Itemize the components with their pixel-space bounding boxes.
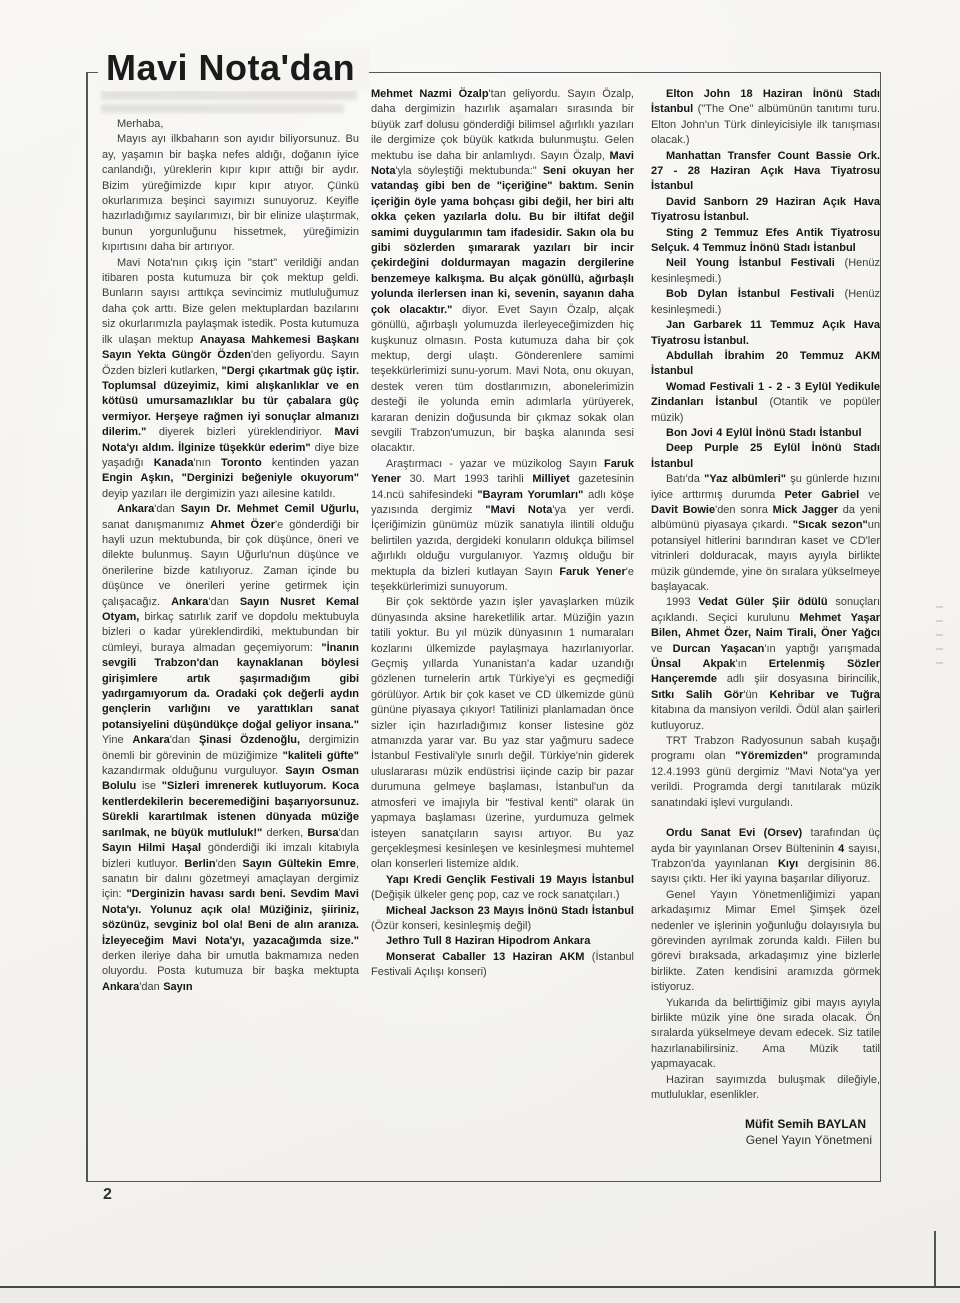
paragraph: Yapı Kredi Gençlik Festivali 19 Mayıs İs… [371,873,634,904]
bold-text: Mehmet Nazmi Özalp [371,88,489,100]
page-number: 2 [103,1186,112,1204]
bold-text: Şinasi Özdenoğlu, [199,734,300,746]
text: Yukarıda da belirttiğimiz gibi mayıs ayı… [651,997,880,1071]
column-3: Elton John 18 Haziran İnönü Stadı İstanb… [651,87,880,1179]
bold-text: Deep Purple 25 Eylül İnönü Stadı İstanbu… [651,442,880,469]
text: derken, [262,827,307,839]
text: Mayıs ayı ilkbaharın son ayıdır biliyors… [102,133,359,253]
bold-text: David Sanborn 29 Haziran Açık Hava Tiyat… [651,196,880,223]
bold-text: Sayın [163,981,192,993]
bold-text: "Yöremizden" [735,750,808,762]
bold-text: Jan Garbarek 11 Temmuz Açık Hava Tiyatro… [651,319,880,346]
scanned-magazine-page: Mavi Nota'dan Merhaba,Mayıs ayı ilkbahar… [0,0,960,1303]
paragraph: Neil Young İstanbul Festivali (Henüz kes… [651,256,880,287]
paragraph: Micheal Jackson 23 Mayıs İnönü Stadı İst… [371,904,634,935]
ghost-print [101,90,357,100]
bold-text: Ankara [117,503,154,515]
paragraph: Yukarıda da belirttiğimiz gibi mayıs ayı… [651,996,880,1073]
bold-text: Bob Dylan İstanbul Festivali [666,288,834,300]
bold-text: Bon Jovi 4 Eylül İnönü Stadı İstanbul [666,427,862,439]
bold-text: Durcan Yaşacan [673,643,765,655]
text: derken ileriye daha bir umutla bakmamıza… [102,950,359,977]
bold-text: Ordu Sanat Evi (Orsev) [666,827,802,839]
bold-text: Seni okuyan her vatandaş gibi ben de "iç… [371,165,634,316]
paragraph: Merhaba, [102,117,359,132]
text: 'dan [139,981,163,993]
text: Bir çok sektörde yazın işler yavaşlarken… [371,596,634,870]
text: 'ün [743,689,769,701]
ghost-print [101,104,344,113]
paragraph: Mehmet Nazmi Özalp'tan geliyordu. Sayın … [371,87,634,457]
paragraph: Mavi Nota'nın çıkış için "start" verildi… [102,256,359,503]
bold-text: "Yaz albümleri" [704,473,786,485]
paragraph: Müfit Semih BAYLAN [651,1117,880,1132]
paragraph: Jan Garbarek 11 Temmuz Açık Hava Tiyatro… [651,318,880,349]
paragraph: Ankara'dan Sayın Dr. Mehmet Cemil Uğurlu… [102,502,359,995]
paragraph: Genel Yayın Yönetmenliğimizi yapan arkad… [651,888,880,996]
paragraph: Elton John 18 Haziran İnönü Stadı İstanb… [651,87,880,149]
paragraph: Haziran sayımızda buluşmak dileğiyle, mu… [651,1073,880,1104]
text: Genel Yayın Yönetmenliğimizi yapan arkad… [651,889,880,993]
bold-text: "Bayram Yorumları" [477,489,583,501]
text: 'den [216,858,243,870]
paragraph: Mayıs ayı ilkbaharın son ayıdır biliyors… [102,132,359,255]
bold-text: Sıtkı Salih Gör [651,689,743,701]
column-1: Merhaba,Mayıs ayı ilkbaharın son ayıdır … [102,117,359,1177]
paragraph: Bir çok sektörde yazın işler yavaşlarken… [371,595,634,872]
column-2: Mehmet Nazmi Özalp'tan geliyordu. Sayın … [371,87,634,1179]
bold-text: Faruk Yener [559,566,625,578]
text: 'ın yaptığı yarışmada [764,643,880,655]
text: Merhaba, [117,118,163,130]
bold-text: Sayın Gültekin Emre [242,858,356,870]
bold-text: Kanada [154,457,194,469]
paragraph: Ordu Sanat Evi (Orsev) tarafından üç ayd… [651,826,880,888]
bold-text: Manhattan Transfer Count Bassie Ork. 27 … [651,150,880,193]
bold-text: Monserat Caballer 13 Haziran AKM [386,951,584,963]
bold-text: Davit Bowie [651,504,715,516]
bold-text: Ankara [102,981,139,993]
text: 'dan [170,734,199,746]
bold-text: "Sıcak sezon" [793,519,868,531]
paragraph: Abdullah İbrahim 20 Temmuz AKM İstanbul [651,349,880,380]
paragraph: Bob Dylan İstanbul Festivali (Henüz kesi… [651,287,880,318]
text: 'dan [154,503,181,515]
text: Araştırmacı - yazar ve müzikolog Sayın [386,458,604,470]
bold-text: Peter Gabriel [784,489,859,501]
paragraph: Genel Yayın Yönetmeni [651,1133,880,1148]
text: Yine [102,734,132,746]
text: Batı'da [666,473,704,485]
bold-text: Mick Jagger [773,504,838,516]
text: diyor. Evet Sayın Özalp, alçak gönüllü, … [371,304,634,455]
text: (Değişik ülkeler genç pop, caz ve rock s… [371,889,620,901]
paragraph: Batı'da "Yaz albümleri" şu günlerde hızı… [651,472,880,595]
bold-text: Sayın Hilmi Haşal [102,842,201,854]
text: sanat danışmanımız [102,519,210,531]
bold-text: Abdullah İbrahim 20 Temmuz AKM İstanbul [651,350,880,377]
text: 'nın [193,457,221,469]
bold-text: Bursa [307,827,338,839]
paragraph: Womad Festivali 1 - 2 - 3 Eylül Yedikule… [651,380,880,426]
text: ve [651,643,673,655]
bold-text: Ankara [132,734,169,746]
text: kentinden yazan [262,457,359,469]
bold-text: Berlin [184,858,215,870]
text: adlı şiir dosyasına birincilik, [717,673,880,685]
bold-text: "İnanın sevgili Trabzon'dan kaynaklanan … [102,642,359,731]
text: Genel Yayın Yönetmeni [746,1133,872,1147]
paragraph: TRT Trabzon Radyosunun sabah kuşağı prog… [651,734,880,811]
bold-text: "Mavi Nota [485,504,552,516]
text: Haziran sayımızda buluşmak dileğiyle, mu… [651,1074,880,1101]
scan-edge-vertical-line [934,1231,936,1287]
text: 'den sonra [715,504,773,516]
bold-text: Milliyet [532,473,569,485]
scan-bottom-strip [0,1288,960,1303]
bold-text: "Derginizin havası sardı beni. Sevdim Ma… [102,888,359,946]
paragraph: Manhattan Transfer Count Bassie Ork. 27 … [651,149,880,195]
paragraph: Deep Purple 25 Eylül İnönü Stadı İstanbu… [651,441,880,472]
bold-text: Sayın Dr. Mehmet Cemil Uğurlu, [181,503,359,515]
bold-text: Jethro Tull 8 Haziran Hipodrom Ankara [386,935,590,947]
text: 30. Mart 1993 tarihli [401,473,532,485]
text: (Özür konseri, kesinleşmiş değil) [371,920,531,932]
text: 'ın [736,658,769,670]
bold-text: Müfit Semih BAYLAN [745,1117,866,1131]
bold-text: Ahmet Özer [210,519,275,531]
bold-text: Micheal Jackson 23 Mayıs İnönü Stadı İst… [386,905,634,917]
text: kazandırmak olduğunu vurguluyor. [102,765,285,777]
text: 'yla söyleştiği mektubunda:" [395,165,542,177]
text: deyip yazıları ile dergimizin yazı ailes… [102,488,336,500]
text: 1993 [666,596,698,608]
bold-text: Vedat Güler Şiir ödülü [698,596,827,608]
bold-text: Neil Young İstanbul Festivali [666,257,835,269]
text: 'dan [339,827,359,839]
text: diyerek bizleri yüreklendiriyor. [146,426,334,438]
text: ve [859,489,880,501]
bold-text: Kıyı [778,858,798,870]
bold-text: Sting 2 Temmuz Efes Antik Tiyatrosu Selç… [651,227,880,254]
paragraph: 1993 Vedat Güler Şiir ödülü sonuçları aç… [651,595,880,734]
scan-edge-marks [936,606,943,668]
paragraph: Sting 2 Temmuz Efes Antik Tiyatrosu Selç… [651,226,880,257]
paragraph: Jethro Tull 8 Haziran Hipodrom Ankara [371,934,634,949]
bold-text: Ankara [171,596,208,608]
bold-text: Toronto [221,457,262,469]
bold-text: Kehribar ve Tuğra [769,689,880,701]
text: 'e gönderdiği bir hayli uzun mektubunda,… [102,519,359,608]
bold-text: Yapı Kredi Gençlik Festivali 19 Mayıs İs… [386,874,634,886]
paragraph: Bon Jovi 4 Eylül İnönü Stadı İstanbul [651,426,880,441]
scan-bottom-line [0,1286,960,1288]
paragraph: Monserat Caballer 13 Haziran AKM (İstanb… [371,950,634,981]
page-title: Mavi Nota'dan [98,47,369,91]
bold-text: Engin Aşkın, "Derginizi beğeniyle okuyor… [102,472,359,484]
text: 'dan [208,596,239,608]
bold-text: "kaliteli güfte" [283,750,359,762]
text: kitabına da mansiyon verildi. Ödül alan … [651,704,880,731]
text: ise [136,780,162,792]
paragraph: Araştırmacı - yazar ve müzikolog Sayın F… [371,457,634,596]
bold-text: Ünsal Akpak [651,658,736,670]
paragraph: David Sanborn 29 Haziran Açık Hava Tiyat… [651,195,880,226]
text: Mavi Nota'nın çıkış için "start" verildi… [102,257,359,346]
